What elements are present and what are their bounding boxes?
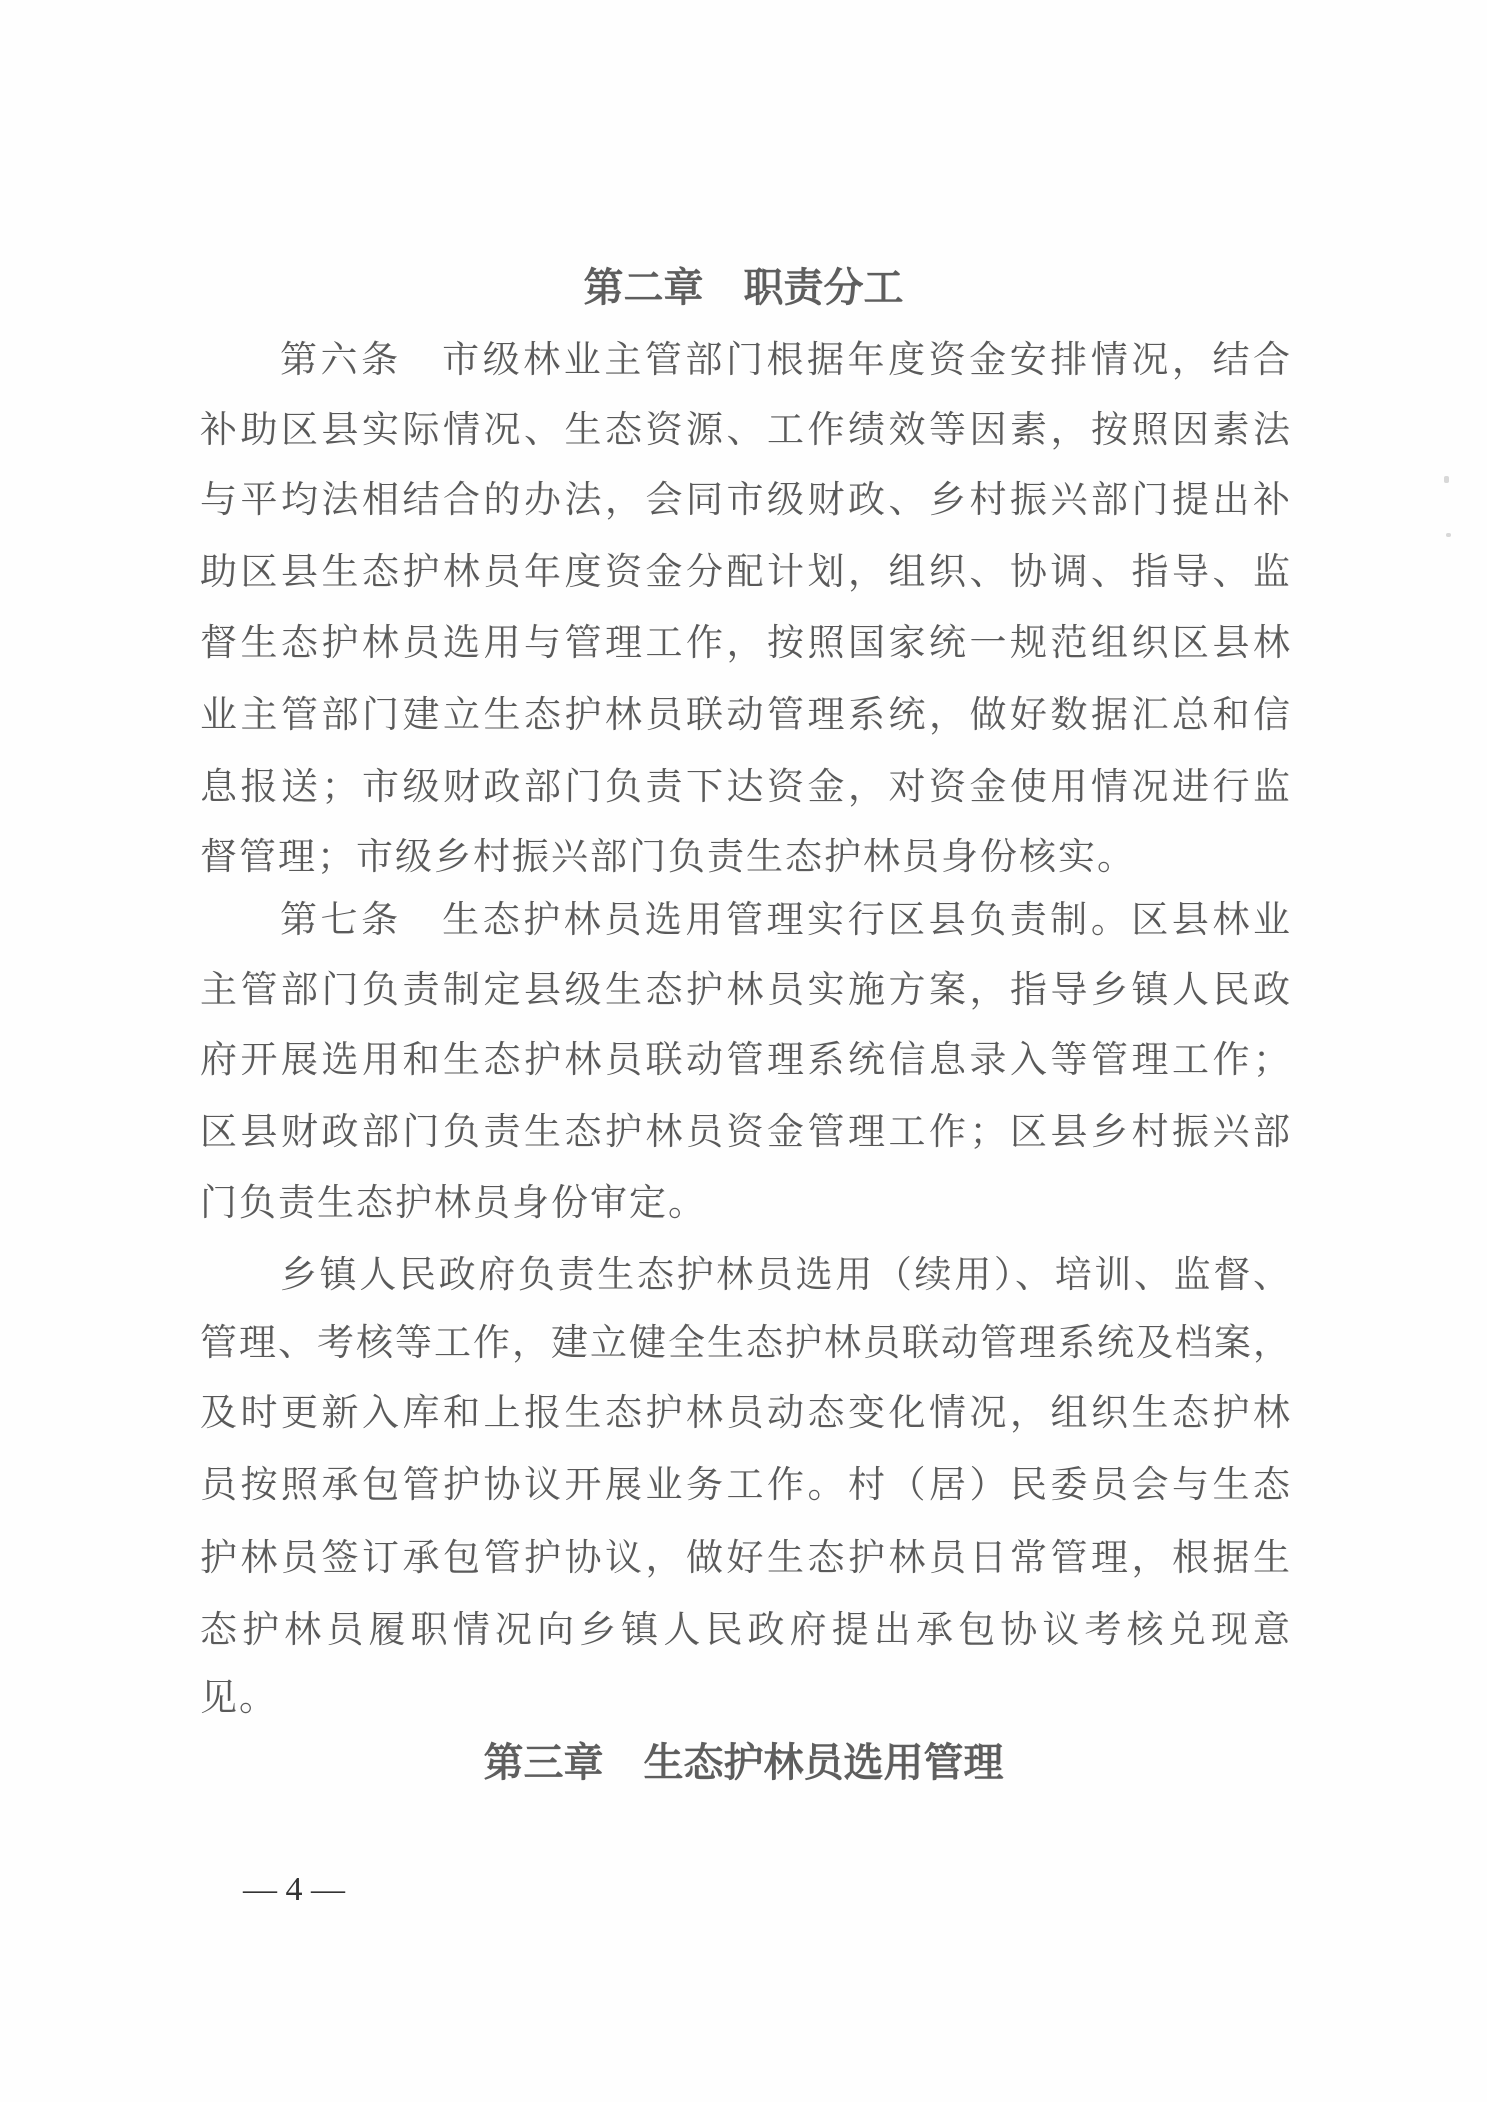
text-line: 助区县生态护林员年度资金分配计划，组织、协调、指导、监 <box>200 548 1290 596</box>
document-page: 第二章 职责分工 第六条 市级林业主管部门根据年度资金安排情况，结合 补助区县实… <box>0 0 1487 2102</box>
scan-artifact <box>1444 476 1449 483</box>
chapter-2-heading: 第二章 职责分工 <box>0 264 1487 312</box>
text-line: 见。 <box>200 1674 1290 1722</box>
text-line: 息报送；市级财政部门负责下达资金，对资金使用情况进行监 <box>200 763 1290 811</box>
text-line: 乡镇人民政府负责生态护林员选用（续用）、培训、监督、 <box>280 1251 1290 1299</box>
text-line: 与平均法相结合的办法，会同市级财政、乡村振兴部门提出补 <box>200 476 1290 524</box>
text-line: 第七条 生态护林员选用管理实行区县负责制。区县林业 <box>280 896 1290 944</box>
text-line: 督生态护林员选用与管理工作，按照国家统一规范组织区县林 <box>200 619 1290 667</box>
text-line: 管理、考核等工作，建立健全生态护林员联动管理系统及档案， <box>200 1319 1290 1367</box>
text-line: 府开展选用和生态护林员联动管理系统信息录入等管理工作； <box>200 1036 1290 1084</box>
text-line: 态护林员履职情况向乡镇人民政府提出承包协议考核兑现意 <box>200 1606 1290 1654</box>
text-line: 业主管部门建立生态护林员联动管理系统，做好数据汇总和信 <box>200 691 1290 739</box>
chapter-3-heading: 第三章 生态护林员选用管理 <box>0 1739 1487 1787</box>
text-line: 护林员签订承包管护协议，做好生态护林员日常管理，根据生 <box>200 1534 1290 1582</box>
text-line: 补助区县实际情况、生态资源、工作绩效等因素，按照因素法 <box>200 406 1290 454</box>
text-line: 督管理；市级乡村振兴部门负责生态护林员身份核实。 <box>200 833 1290 881</box>
page-number: — 4 — <box>243 1868 345 1912</box>
text-line: 主管部门负责制定县级生态护林员实施方案，指导乡镇人民政 <box>200 966 1290 1014</box>
text-line: 员按照承包管护协议开展业务工作。村（居）民委员会与生态 <box>200 1461 1290 1509</box>
scan-artifact <box>1446 533 1451 537</box>
text-line: 第六条 市级林业主管部门根据年度资金安排情况，结合 <box>280 336 1290 384</box>
text-line: 区县财政部门负责生态护林员资金管理工作；区县乡村振兴部 <box>200 1108 1290 1156</box>
text-line: 及时更新入库和上报生态护林员动态变化情况，组织生态护林 <box>200 1389 1290 1437</box>
text-line: 门负责生态护林员身份审定。 <box>200 1179 1290 1227</box>
